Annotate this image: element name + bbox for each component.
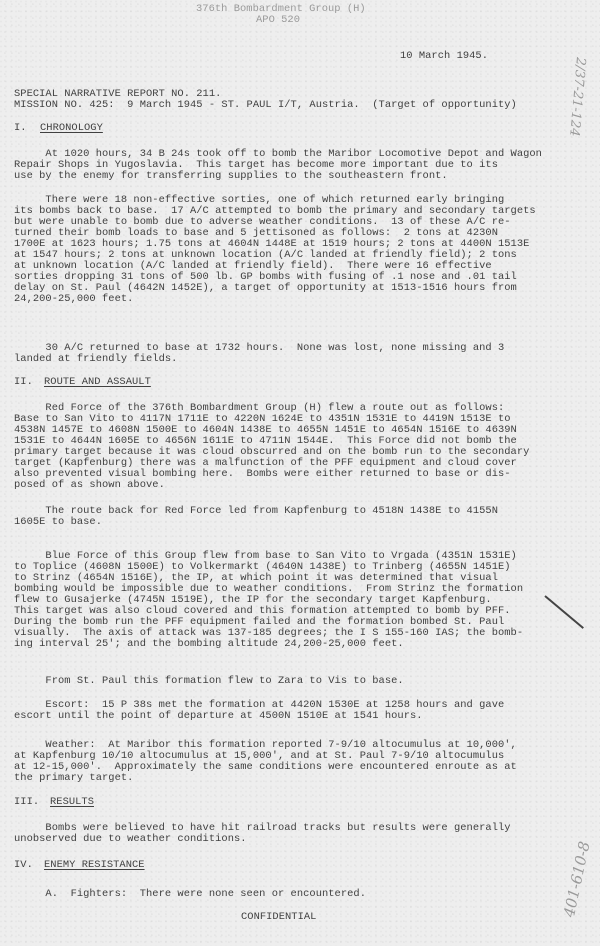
section-2-number: II. bbox=[14, 377, 33, 388]
section-4-heading: ENEMY RESISTANCE bbox=[44, 860, 145, 871]
section-2-heading: ROUTE AND ASSAULT bbox=[44, 377, 151, 388]
section-3-heading: RESULTS bbox=[50, 797, 94, 808]
document-page: 376th Bombardment Group (H) APO 520 10 M… bbox=[0, 0, 600, 946]
report-date: 10 March 1945. bbox=[400, 51, 488, 62]
mission-line: MISSION NO. 425: 9 March 1945 - ST. PAUL… bbox=[14, 100, 517, 111]
margin-note-bottom-right: 401-610-8 bbox=[560, 840, 594, 919]
section-3-number: III. bbox=[14, 797, 39, 808]
pen-stroke-mark bbox=[544, 595, 584, 629]
return-route-paragraph: From St. Paul this formation flew to Zar… bbox=[14, 676, 404, 687]
apo-header: APO 520 bbox=[256, 15, 300, 26]
section-4-number: IV. bbox=[14, 860, 33, 871]
margin-note-top-right: 2/37-21-124 bbox=[566, 57, 588, 137]
section-1-number: I. bbox=[14, 123, 27, 134]
section-1-heading: CHRONOLOGY bbox=[40, 123, 103, 134]
classification-footer: CONFIDENTIAL bbox=[241, 912, 316, 923]
fighters-line: A. Fighters: There were none seen or enc… bbox=[14, 889, 366, 900]
